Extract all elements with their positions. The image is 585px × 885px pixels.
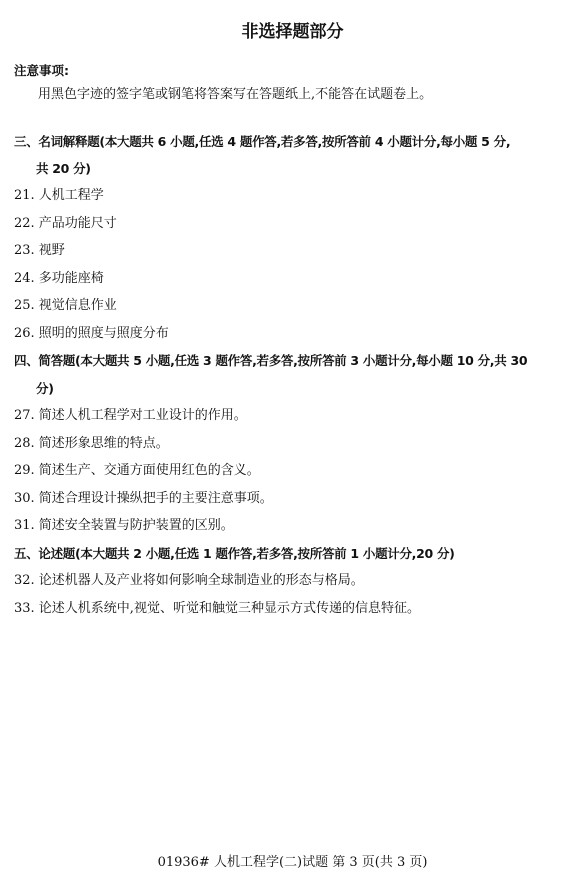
question-24: 24. 多功能座椅 — [14, 271, 104, 287]
question-27: 27. 简述人机工程学对工业设计的作用。 — [14, 408, 247, 424]
notice-label: 注意事项: — [14, 63, 69, 79]
section-5-heading: 五、论述题(本大题共 2 小题,任选 1 题作答,若多答,按所答前 1 小题计分… — [14, 546, 455, 562]
question-30: 30. 简述合理设计操纵把手的主要注意事项。 — [14, 491, 273, 507]
question-28: 28. 简述形象思维的特点。 — [14, 436, 169, 452]
section-3-heading: 三、名词解释题(本大题共 6 小题,任选 4 题作答,若多答,按所答前 4 小题… — [14, 134, 510, 150]
question-23: 23. 视野 — [14, 243, 65, 259]
notice-text: 用黑色字迹的签字笔或钢笔将答案写在答题纸上,不能答在试题卷上。 — [38, 87, 432, 103]
question-21: 21. 人机工程学 — [14, 188, 104, 204]
question-31: 31. 简述安全装置与防护装置的区别。 — [14, 518, 234, 534]
page-title: 非选择题部分 — [0, 22, 585, 42]
section-4-heading-cont: 分) — [36, 381, 54, 397]
question-22: 22. 产品功能尺寸 — [14, 216, 117, 232]
section-4-heading: 四、简答题(本大题共 5 小题,任选 3 题作答,若多答,按所答前 3 小题计分… — [14, 353, 527, 369]
question-29: 29. 简述生产、交通方面使用红色的含义。 — [14, 463, 260, 479]
question-26: 26. 照明的照度与照度分布 — [14, 326, 169, 342]
question-32: 32. 论述机器人及产业将如何影响全球制造业的形态与格局。 — [14, 573, 364, 589]
question-25: 25. 视觉信息作业 — [14, 298, 117, 314]
question-33: 33. 论述人机系统中,视觉、听觉和触觉三种显示方式传递的信息特征。 — [14, 601, 420, 617]
section-3-heading-cont: 共 20 分) — [36, 161, 91, 177]
page-footer: 01936# 人机工程学(二)试题 第 3 页(共 3 页) — [0, 855, 585, 871]
